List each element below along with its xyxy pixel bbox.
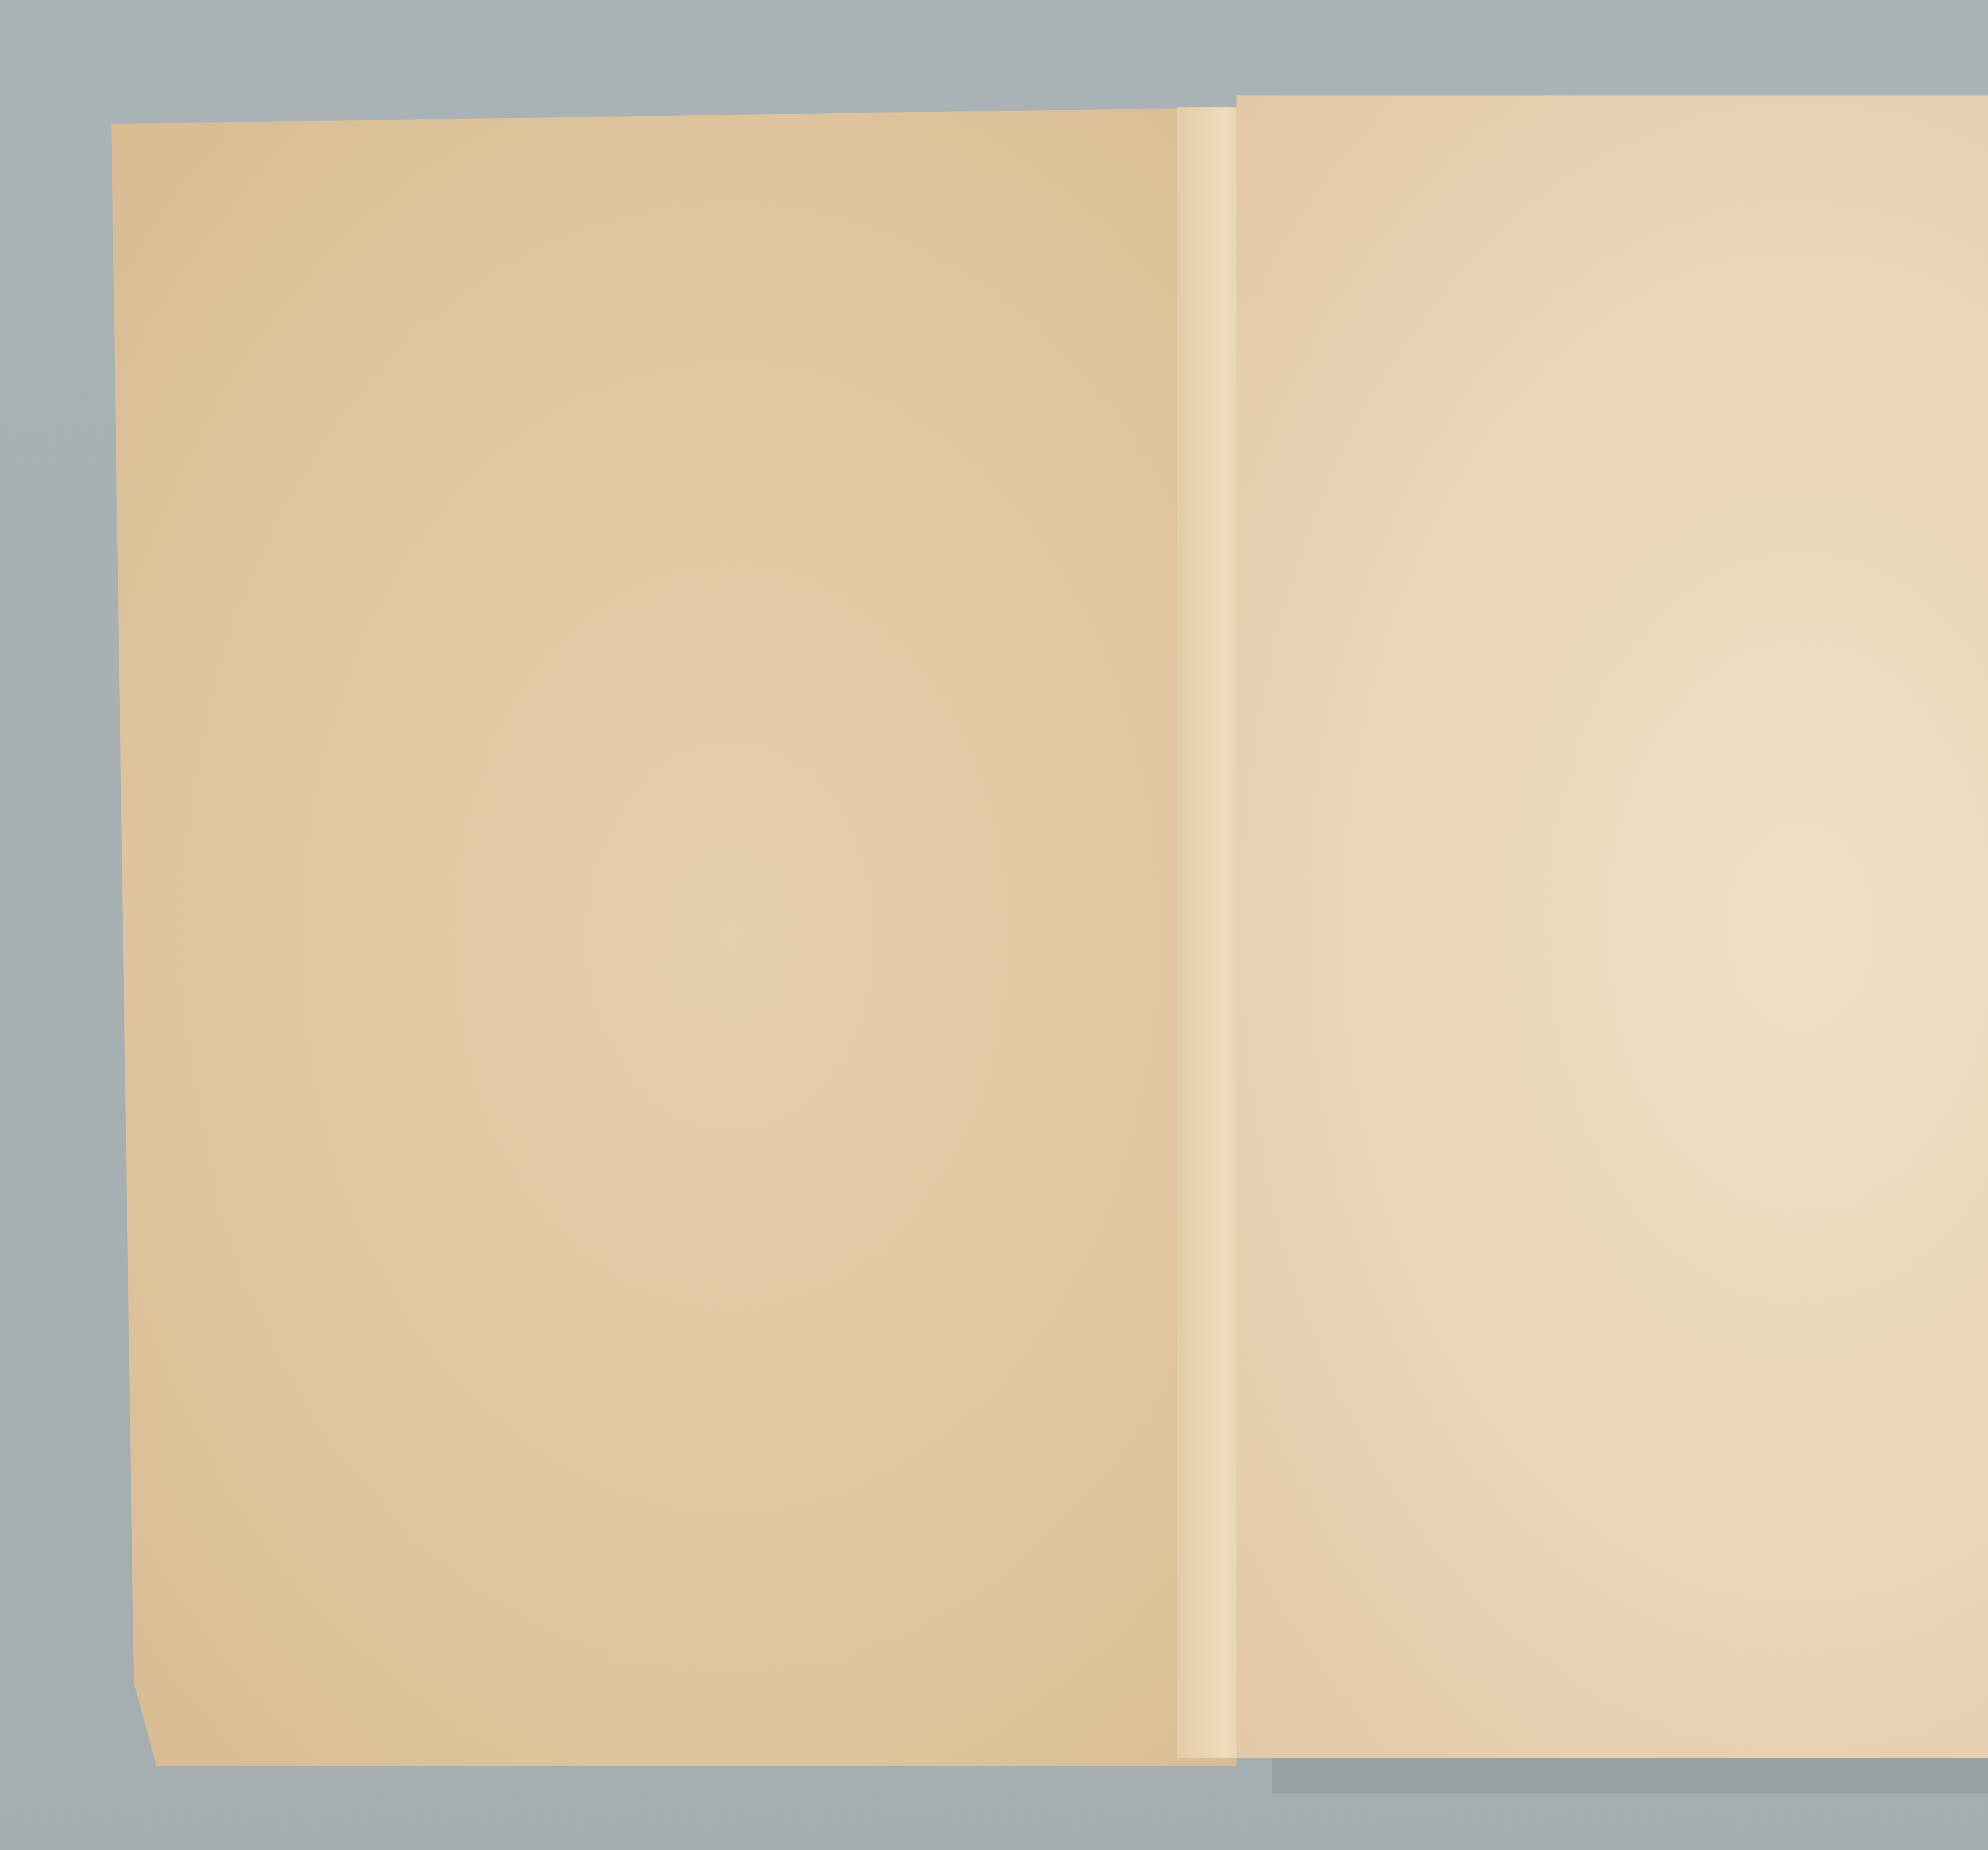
left-page (111, 107, 1237, 1766)
right-page (1237, 95, 1988, 1758)
